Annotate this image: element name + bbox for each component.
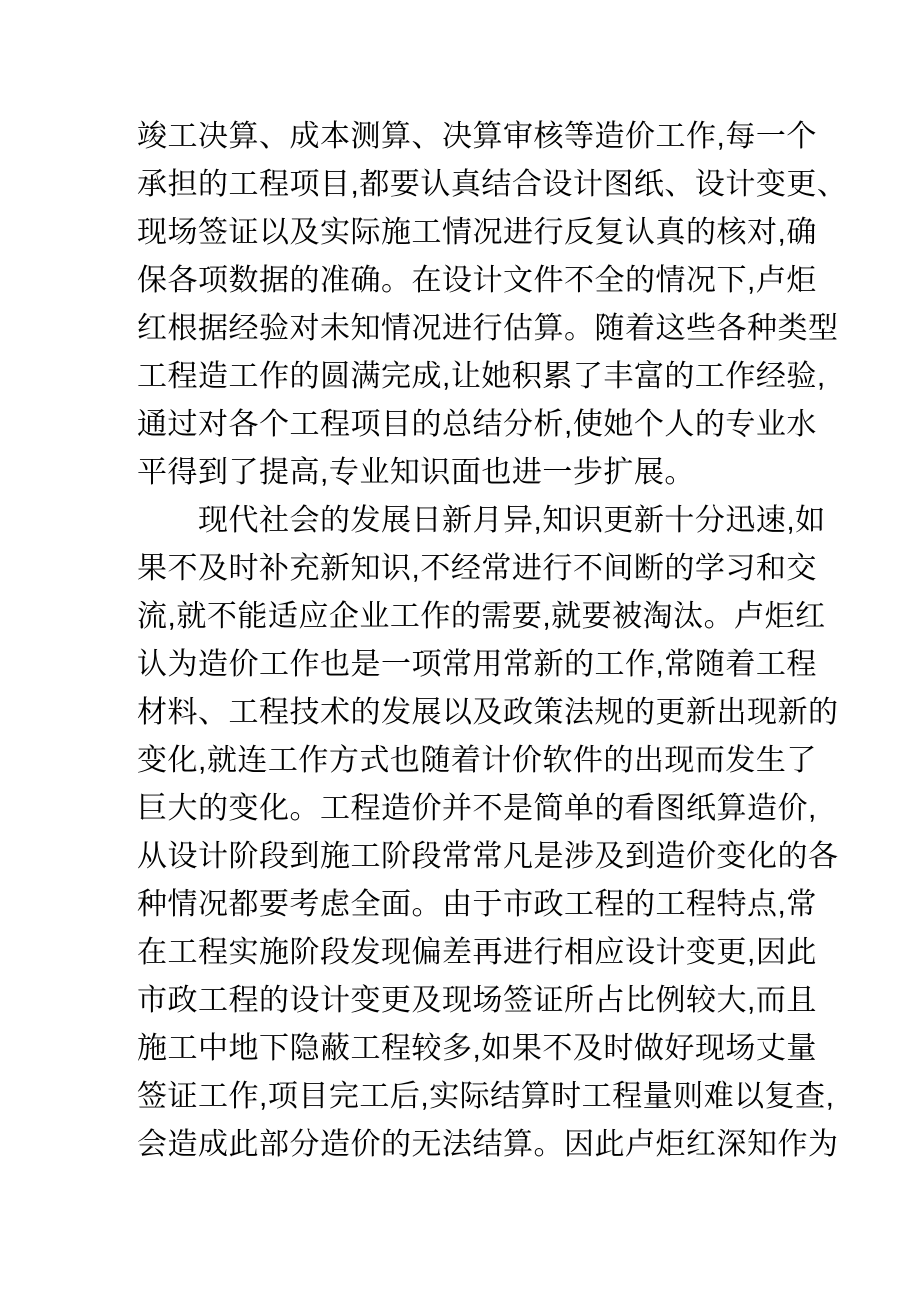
- text-line: 保各项数据的准确。在设计文件不全的情况下,卢炬: [137, 257, 797, 305]
- text-line: 红根据经验对未知情况进行估算。随着这些各种类型: [137, 305, 797, 353]
- text-line: 种情况都要考虑全面。由于市政工程的工程特点,常: [137, 881, 797, 929]
- text-line: 通过对各个工程项目的总结分析,使她个人的专业水: [137, 401, 797, 449]
- text-line: 在工程实施阶段发现偏差再进行相应设计变更,因此: [137, 929, 797, 977]
- text-line: 材料、工程技术的发展以及政策法规的更新出现新的: [137, 689, 797, 737]
- text-line: 变化,就连工作方式也随着计价软件的出现而发生了: [137, 737, 797, 785]
- text-line: 认为造价工作也是一项常用常新的工作,常随着工程: [137, 641, 797, 689]
- text-line: 签证工作,项目完工后,实际结算时工程量则难以复查,: [137, 1073, 797, 1121]
- text-line: 承担的工程项目,都要认真结合设计图纸、设计变更、: [137, 161, 797, 209]
- text-line: 现代社会的发展日新月异,知识更新十分迅速,如: [137, 497, 797, 545]
- paragraph: 现代社会的发展日新月异,知识更新十分迅速,如果不及时补充新知识,不经常进行不间断…: [137, 497, 797, 1169]
- text-line: 会造成此部分造价的无法结算。因此卢炬红深知作为: [137, 1121, 797, 1169]
- paragraph: 竣工决算、成本测算、决算审核等造价工作,每一个承担的工程项目,都要认真结合设计图…: [137, 113, 797, 497]
- text-line: 竣工决算、成本测算、决算审核等造价工作,每一个: [137, 113, 797, 161]
- document-page: 竣工决算、成本测算、决算审核等造价工作,每一个承担的工程项目,都要认真结合设计图…: [0, 0, 920, 1302]
- text-line: 施工中地下隐蔽工程较多,如果不及时做好现场丈量: [137, 1025, 797, 1073]
- text-line: 巨大的变化。工程造价并不是简单的看图纸算造价,: [137, 785, 797, 833]
- text-line: 现场签证以及实际施工情况进行反复认真的核对,确: [137, 209, 797, 257]
- text-line: 果不及时补充新知识,不经常进行不间断的学习和交: [137, 545, 797, 593]
- text-line: 从设计阶段到施工阶段常常凡是涉及到造价变化的各: [137, 833, 797, 881]
- document-text-block: 竣工决算、成本测算、决算审核等造价工作,每一个承担的工程项目,都要认真结合设计图…: [137, 113, 797, 1169]
- text-line: 平得到了提高,专业知识面也进一步扩展。: [137, 449, 797, 497]
- text-line: 市政工程的设计变更及现场签证所占比例较大,而且: [137, 977, 797, 1025]
- text-line: 工程造工作的圆满完成,让她积累了丰富的工作经验,: [137, 353, 797, 401]
- text-line: 流,就不能适应企业工作的需要,就要被淘汰。卢炬红: [137, 593, 797, 641]
